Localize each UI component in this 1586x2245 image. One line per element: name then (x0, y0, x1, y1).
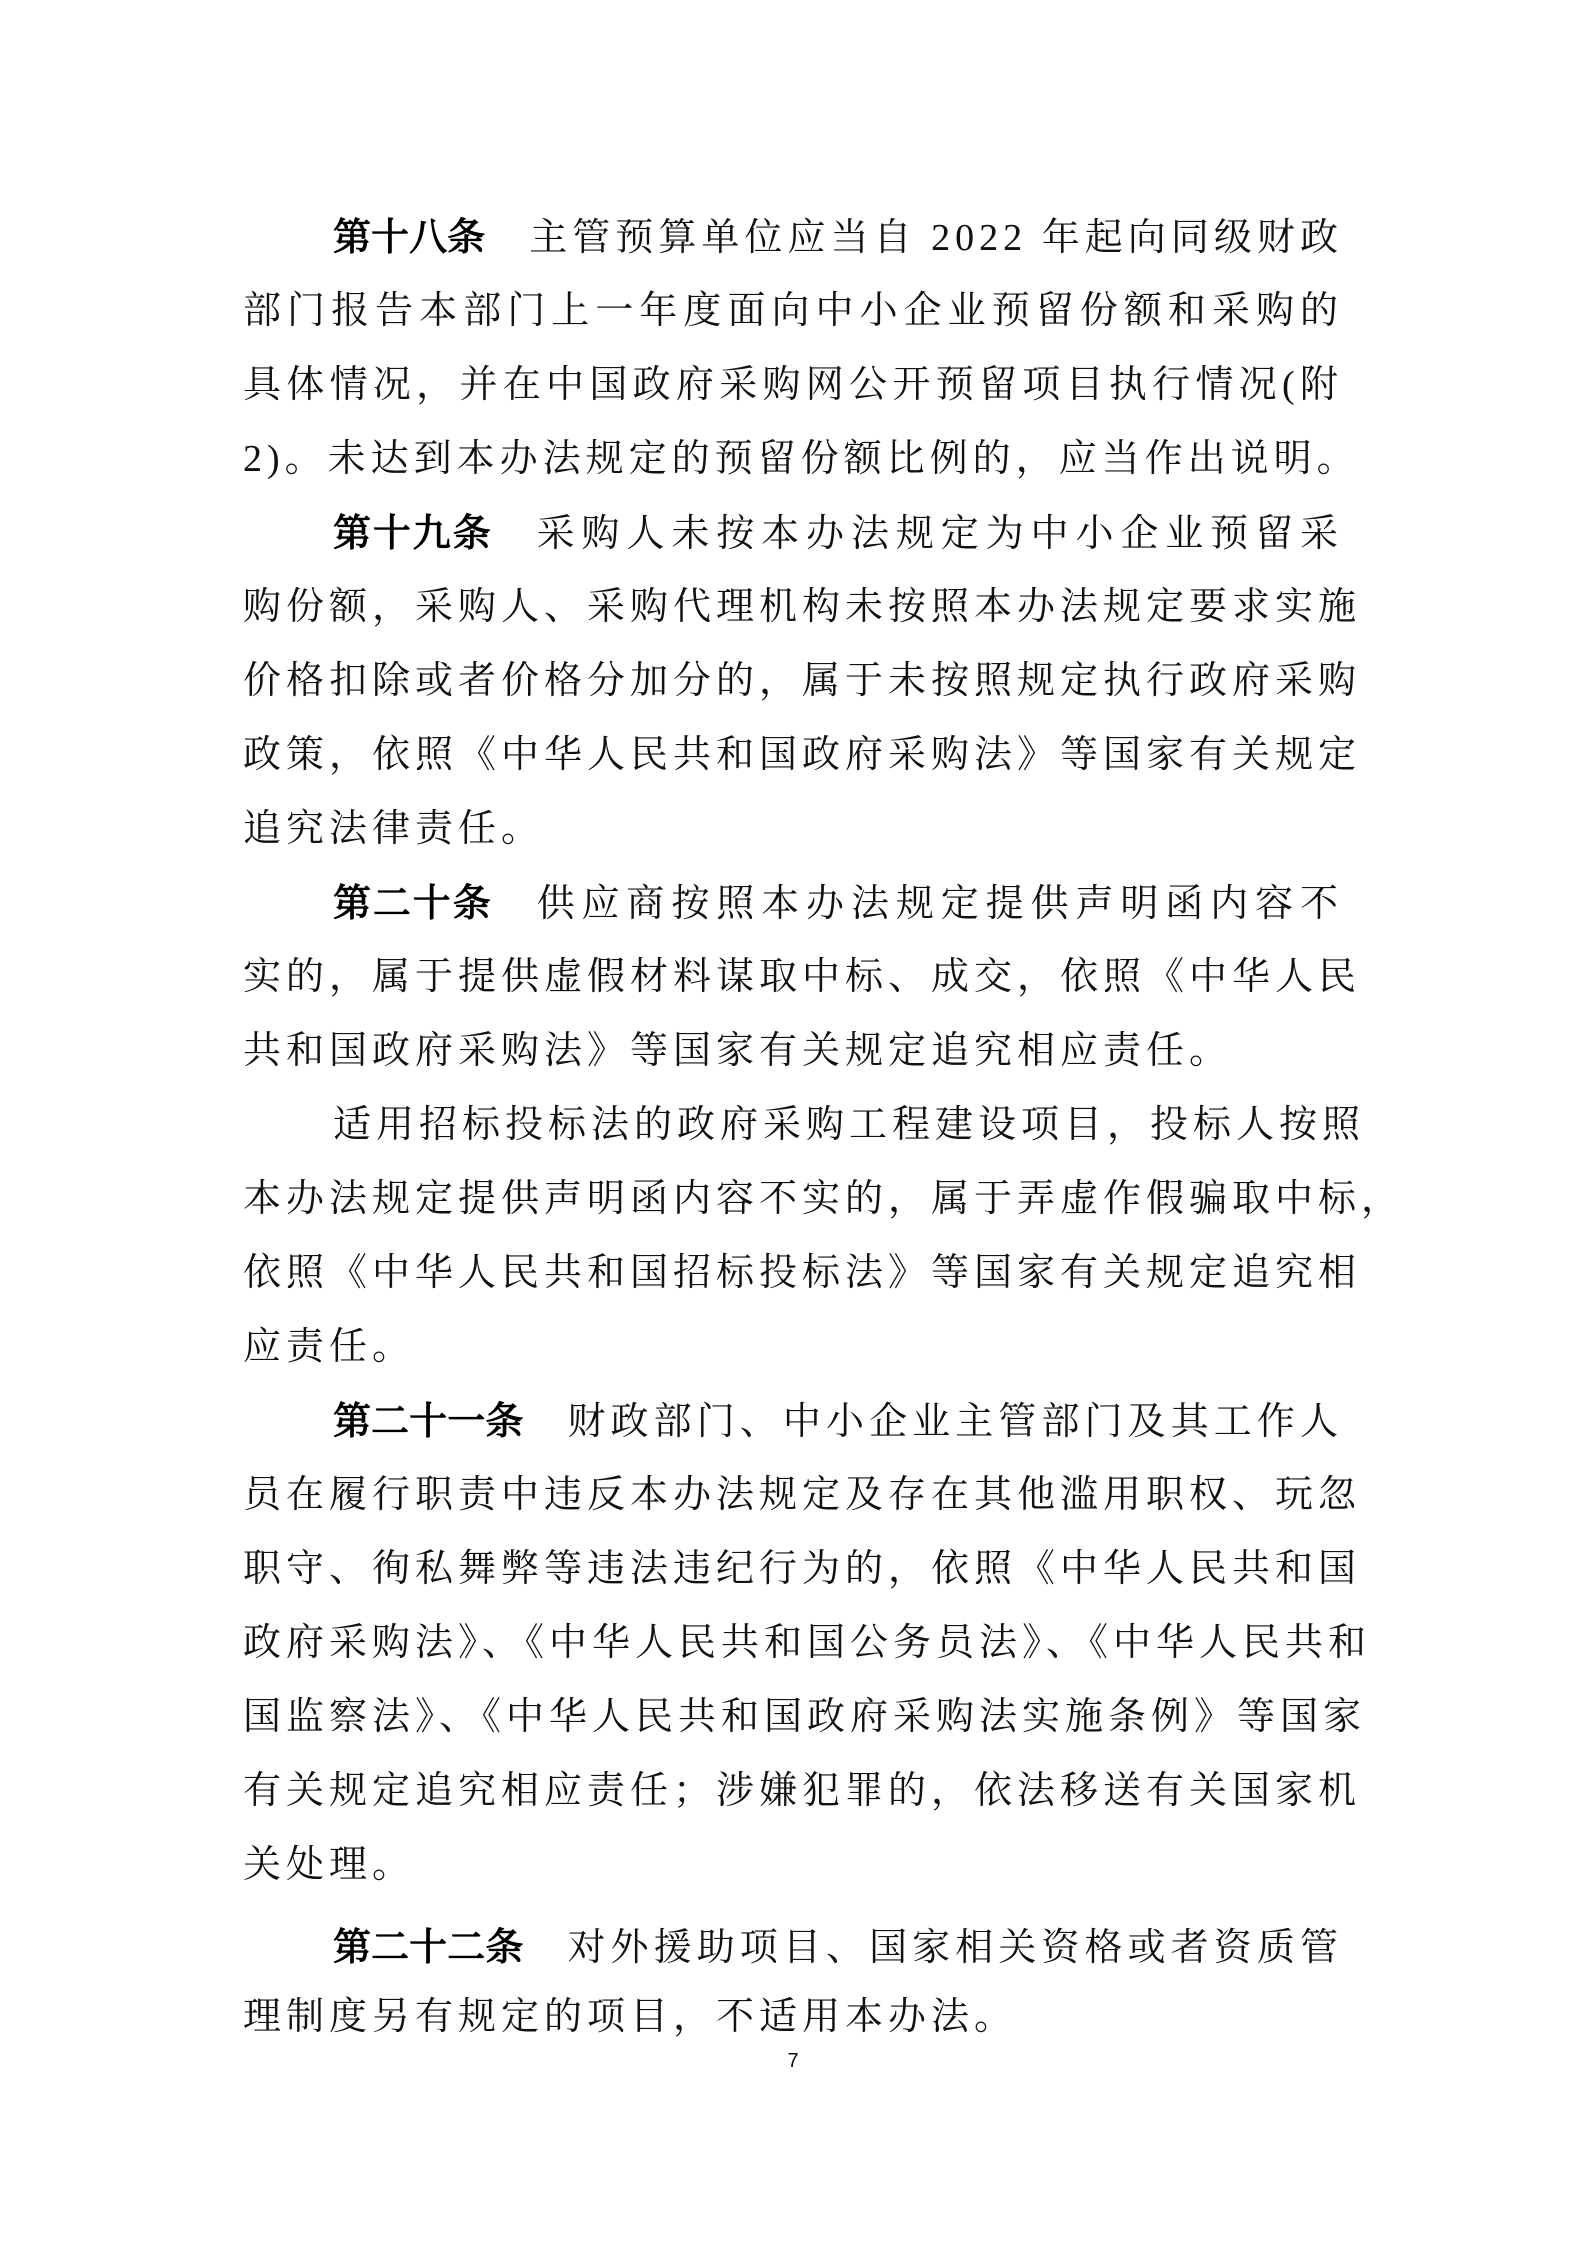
article-19-line-2: 购份额，采购人、采购代理机构未按照本办法规定要求实施 (243, 577, 1343, 637)
article-21-line-6: 有关规定追究相应责任；涉嫌犯罪的，依法移送有关国家机 (243, 1761, 1343, 1821)
article-heading-18: 第十八条 (333, 215, 485, 259)
article-18-line-2: 部门报告本部门上一年度面向中小企业预留份额和采购的 (243, 281, 1343, 341)
article-22-line-2: 理制度另有规定的项目，不适用本办法。 (243, 1987, 1343, 2047)
line-text: 主管预算单位应当自 2022 年起向同级财政 (529, 217, 1343, 259)
page-number: 7 (0, 2050, 1586, 2073)
document-page: 第十八条主管预算单位应当自 2022 年起向同级财政 部门报告本部门上一年度面向… (0, 0, 1586, 2245)
article-18-line-1: 第十八条主管预算单位应当自 2022 年起向同级财政 (333, 207, 1343, 267)
article-20-line-2: 实的，属于提供虚假材料谋取中标、成交，依照《中华人民 (243, 947, 1343, 1007)
article-21-line-1: 第二十一条财政部门、中小企业主管部门及其工作人 (333, 1391, 1343, 1451)
article-19-line-1: 第十九条采购人未按本办法规定为中小企业预留采 (333, 503, 1343, 563)
article-20-para-2-line-2: 本办法规定提供声明函内容不实的，属于弄虚作假骗取中标， (243, 1169, 1359, 1229)
article-21-line-4: 政府采购法》、《中华人民共和国公务员法》、《中华人民共和 (243, 1613, 1343, 1673)
article-heading-22: 第二十二条 (333, 1925, 523, 1969)
article-21-line-7: 关处理。 (243, 1835, 1343, 1895)
line-text: 采购人未按本办法规定为中小企业预留采 (537, 513, 1343, 555)
article-21-line-2: 员在履行职责中违反本办法规定及存在其他滥用职权、玩忽 (243, 1465, 1343, 1525)
line-text: 财政部门、中小企业主管部门及其工作人 (567, 1401, 1343, 1443)
article-19-line-5: 追究法律责任。 (243, 799, 1343, 859)
line-text: 对外援助项目、国家相关资格或者资质管 (567, 1927, 1343, 1969)
article-20-para-2-line-1: 适用招标投标法的政府采购工程建设项目，投标人按照 (333, 1095, 1343, 1155)
article-18-line-4: 2)。未达到本办法规定的预留份额比例的，应当作出说明。 (243, 429, 1343, 489)
article-21-line-5: 国监察法》、《中华人民共和国政府采购法实施条例》等国家 (243, 1687, 1343, 1747)
line-text: 供应商按照本办法规定提供声明函内容不 (537, 883, 1343, 925)
article-heading-20: 第二十条 (333, 881, 493, 925)
article-20-line-3: 共和国政府采购法》等国家有关规定追究相应责任。 (243, 1021, 1343, 1081)
article-20-para-2-line-4: 应责任。 (243, 1317, 1343, 1377)
article-20-para-2-line-3: 依照《中华人民共和国招标投标法》等国家有关规定追究相 (243, 1243, 1343, 1303)
article-19-line-3: 价格扣除或者价格分加分的，属于未按照规定执行政府采购 (243, 651, 1343, 711)
article-22-line-1: 第二十二条对外援助项目、国家相关资格或者资质管 (333, 1917, 1343, 1977)
article-19-line-4: 政策，依照《中华人民共和国政府采购法》等国家有关规定 (243, 725, 1343, 785)
article-18-line-3: 具体情况，并在中国政府采购网公开预留项目执行情况(附 (243, 355, 1343, 415)
article-heading-21: 第二十一条 (333, 1399, 523, 1443)
article-20-line-1: 第二十条供应商按照本办法规定提供声明函内容不 (333, 873, 1343, 933)
article-21-line-3: 职守、徇私舞弊等违法违纪行为的，依照《中华人民共和国 (243, 1539, 1343, 1599)
article-heading-19: 第十九条 (333, 511, 493, 555)
